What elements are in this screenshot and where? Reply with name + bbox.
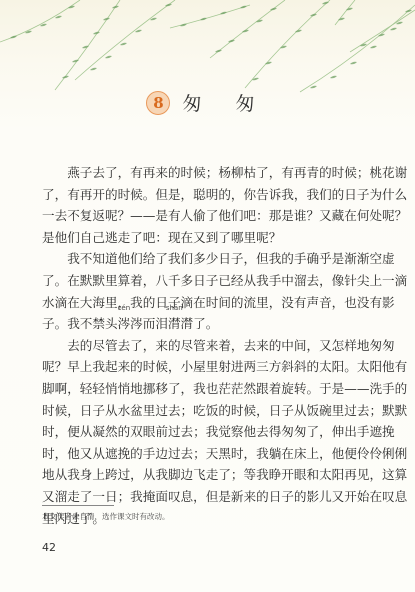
text-line: 时，便从凝然的双眼前过去；我觉察他去得匆匆了，伸出手遮挽 <box>42 421 374 443</box>
ruby-char: cén涔 <box>118 313 131 335</box>
lesson-body: 燕子去了，有再来的时候；杨柳枯了，有再青的时候；桃花谢 了，有再开的时候。但是，… <box>42 162 374 529</box>
text-line: 水滴在大海里，我的日子滴在时间的流里，没有声音，也没有影 <box>42 292 374 314</box>
text-line: 时候，日子从水盆里过去；吃饭的时候，日子从饭碗里过去；默默 <box>42 400 374 422</box>
willow-branches-icon <box>0 0 415 95</box>
text-line: 我不知道他们给了我们多少日子，但我的手确乎是渐渐空虚 <box>42 248 374 270</box>
pinyin-annotation: shān <box>166 304 183 312</box>
text-line: 地从我身上跨过，从我脚边飞走了；等我睁开眼和太阳再见，这算 <box>42 464 374 486</box>
text-line: 一去不复返呢？——是有人偷了他们吧：那是谁？又藏在何处呢？ <box>42 205 374 227</box>
ruby-char: shān潸 <box>168 313 181 335</box>
text-line: 脚啊，轻轻悄悄地挪移了，我也茫茫然跟着旋转。于是——洗手的 <box>42 378 374 400</box>
footnote: 本文作者朱自清，选作课文时有改动。 <box>42 511 170 522</box>
text-line: 了。在默默里算着，八千多日子已经从我手中溜去，像针尖上一滴 <box>42 270 374 292</box>
page-number: 42 <box>42 541 56 554</box>
text-line: 燕子去了，有再来的时候；杨柳枯了，有再青的时候；桃花谢 <box>42 162 374 184</box>
text-line: 了，有再开的时候。但是，聪明的，你告诉我，我们的日子为什么 <box>42 184 374 206</box>
lesson-title: 匆 匆 <box>182 89 268 116</box>
paragraph-2: 我不知道他们给了我们多少日子，但我的手确乎是渐渐空虚 了。在默默里算着，八千多日… <box>42 248 374 334</box>
text-line: 去的尽管去了，来的尽管来着，去来的中间，又怎样地匆匆 <box>42 335 374 357</box>
paragraph-1: 燕子去了，有再来的时候；杨柳枯了，有再青的时候；桃花谢 了，有再开的时候。但是，… <box>42 162 374 248</box>
lesson-number: 8 <box>153 94 163 112</box>
text-line: 时，他又从遮挽的手边过去；天黑时，我躺在床上，他便伶伶俐俐 <box>42 443 374 465</box>
pinyin-annotation: cén <box>118 304 131 312</box>
lesson-number-badge: 8 <box>146 91 170 115</box>
text-line: 呢？早上我起来的时候，小屋里射进两三方斜斜的太阳。太阳他有 <box>42 356 374 378</box>
footnote-divider <box>42 505 114 506</box>
lesson-header: 8 匆 匆 <box>0 89 415 116</box>
text-line-with-pinyin: 子。我不禁头cén涔涔而泪shān潸潸了。 <box>42 313 374 335</box>
text-line: 是他们自己逃走了吧：现在又到了哪里呢？ <box>42 227 374 249</box>
paragraph-3: 去的尽管去了，来的尽管来着，去来的中间，又怎样地匆匆 呢？早上我起来的时候，小屋… <box>42 335 374 529</box>
